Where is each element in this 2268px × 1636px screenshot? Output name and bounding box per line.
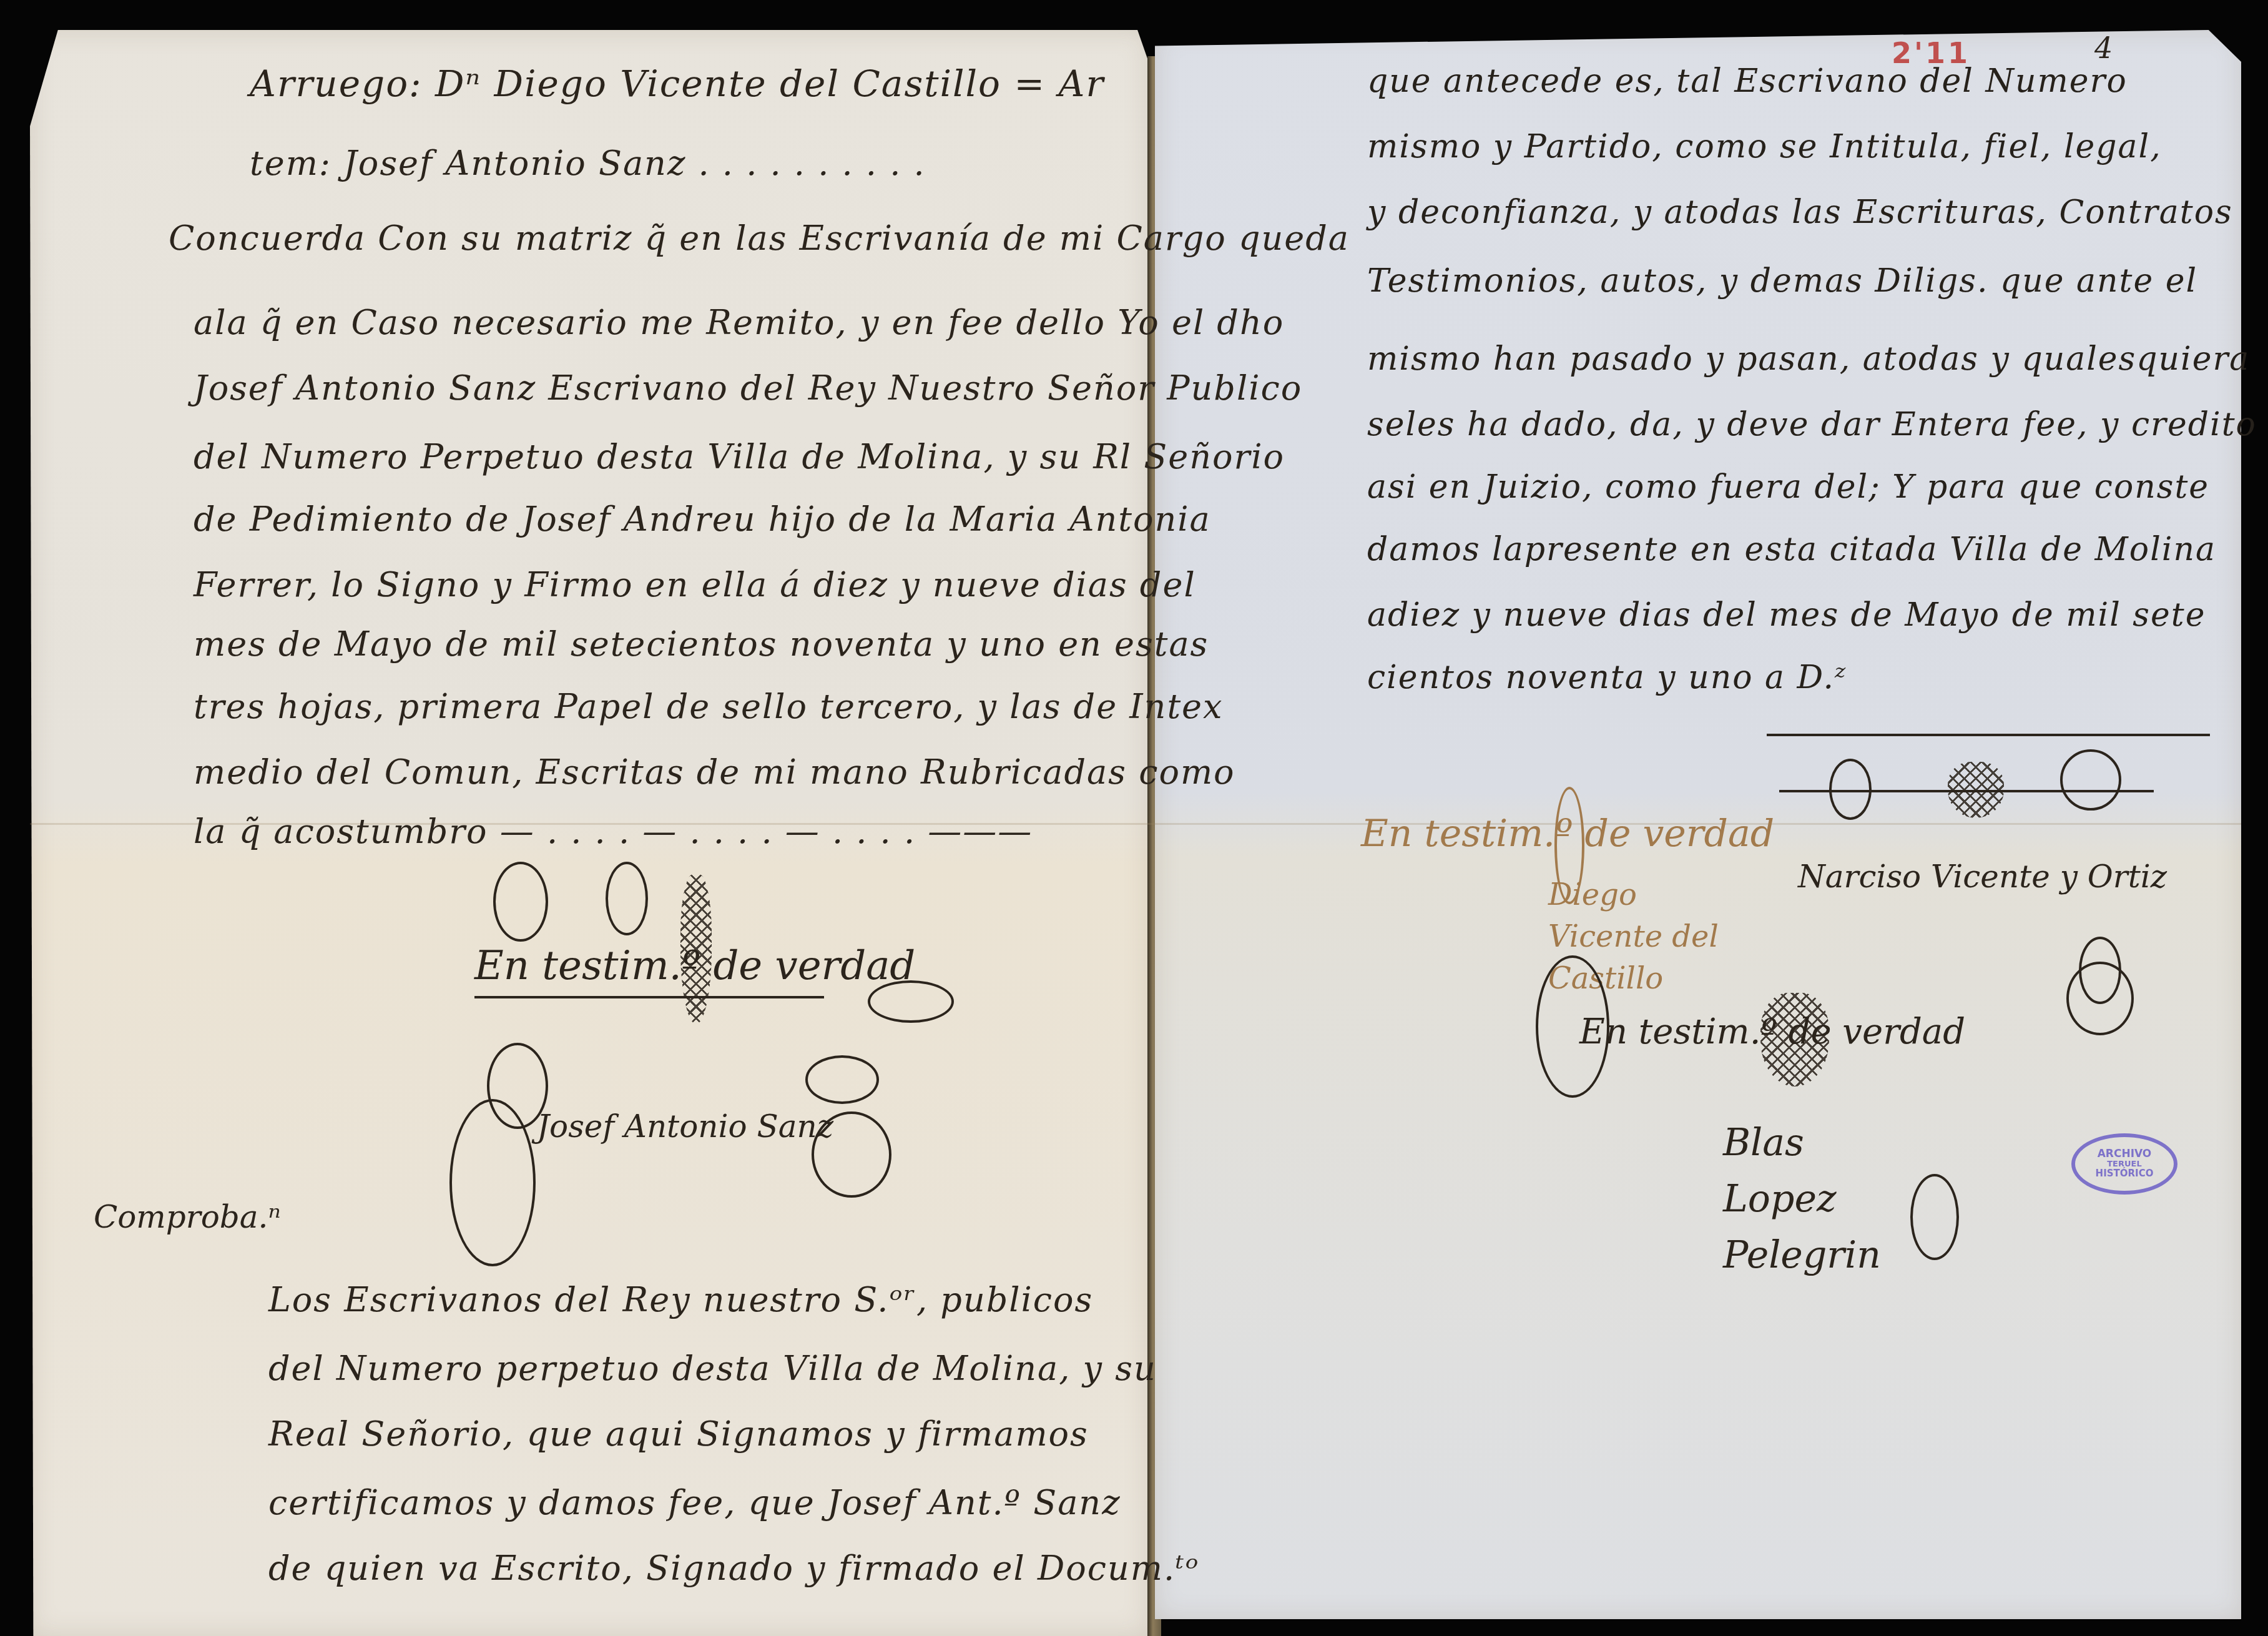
manuscript-line: adiez y nueve dias del mes de Mayo de mi… [1367,596,2206,634]
underline-rule [474,996,824,998]
rubric-flourish [1910,1174,1959,1260]
manuscript-line: del Numero Perpetuo desta Villa de Molin… [194,437,1285,476]
manuscript-line: de Pedimiento de Josef Andreu hijo de la… [194,500,1211,539]
manuscript-line: ala q̃ en Caso necesario me Remito, y en… [194,303,1284,342]
manuscript-line: la q̃ acostumbro — . . . . — . . . . — .… [194,812,1033,851]
manuscript-line: de quien va Escrito, Signado y firmado e… [268,1549,1199,1588]
manuscript-line: Ferrer, lo Signo y Firmo en ella á diez … [194,565,1196,604]
manuscript-line: cientos noventa y uno a D.ᶻ [1367,659,1847,696]
stamp-line: ARCHIVO [2098,1149,2152,1160]
archive-stamp: ARCHIVO TERUEL HISTÓRICO [2071,1133,2177,1195]
manuscript-line: que antecede es, tal Escrivano del Numer… [1367,62,2128,100]
manuscript-line: medio del Comun, Escritas de mi mano Rub… [194,752,1235,792]
signature-rule [1767,734,2210,736]
manuscript-line: mes de Mayo de mil setecientos noventa y… [194,624,1209,664]
manuscript-line: Los Escrivanos del Rey nuestro S.ᵒʳ, pub… [268,1280,1093,1319]
margin-note: Comproba.ⁿ [94,1199,281,1235]
stamp-line: HISTÓRICO [2096,1169,2154,1179]
flourish-mark [449,1099,536,1266]
manuscript-line: Concuerda Con su matriz q̃ en las Escriv… [169,219,1350,258]
notary-sign-icon [1948,762,2004,818]
attestation-text: En testim.º de verdad [1579,1012,1965,1052]
flourish-mark [868,980,954,1023]
manuscript-line: y deconfianza, y atodas las Escrituras, … [1367,194,2233,231]
manuscript-line: Testimonios, autos, y demas Diligs. que … [1367,262,2197,300]
manuscript-line: Arruego: Dⁿ Diego Vicente del Castillo =… [250,62,1104,105]
flourish-mark [1829,759,1872,820]
manuscript-line: tem: Josef Antonio Sanz . . . . . . . . … [250,144,926,183]
manuscript-line: seles ha dado, da, y deve dar Entera fee… [1367,406,2257,443]
signature-name: Blas Lopez Pelegrin [1723,1115,1910,1283]
manuscript-line: Real Señorio, que aqui Signamos y firmam… [268,1414,1089,1454]
notary-sign-icon-brown [1554,787,1584,904]
manuscript-line: Josef Antonio Sanz Escrivano del Rey Nue… [194,368,1302,408]
flourish-mark [493,862,548,942]
rubric-flourish [805,1055,879,1104]
rubric-flourish [812,1111,891,1198]
manuscript-line: damos lapresente en esta citada Villa de… [1367,531,2216,568]
attestation-text: En testim.º de verdad [474,943,915,989]
manuscript-line: tres hojas, primera Papel de sello terce… [194,687,1224,726]
manuscript-line: mismo han pasado y pasan, atodas y quale… [1367,340,2250,378]
signature-name: Narciso Vicente y Ortiz [1798,859,2167,895]
manuscript-line: mismo y Partido, como se Intitula, fiel,… [1367,128,2162,165]
page-number: 4 [2094,31,2113,65]
manuscript-line: asi en Juizio, como fuera del; Y para qu… [1367,468,2209,506]
flourish-mark [2060,749,2121,811]
manuscript-line: certificamos y damos fee, que Josef Ant.… [268,1483,1121,1522]
manuscript-line: del Numero perpetuo desta Villa de Molin… [268,1349,1157,1388]
signature-name: Josef Antonio Sanz [537,1108,833,1145]
flourish-mark [606,862,648,935]
rubric-flourish [2066,962,2134,1035]
